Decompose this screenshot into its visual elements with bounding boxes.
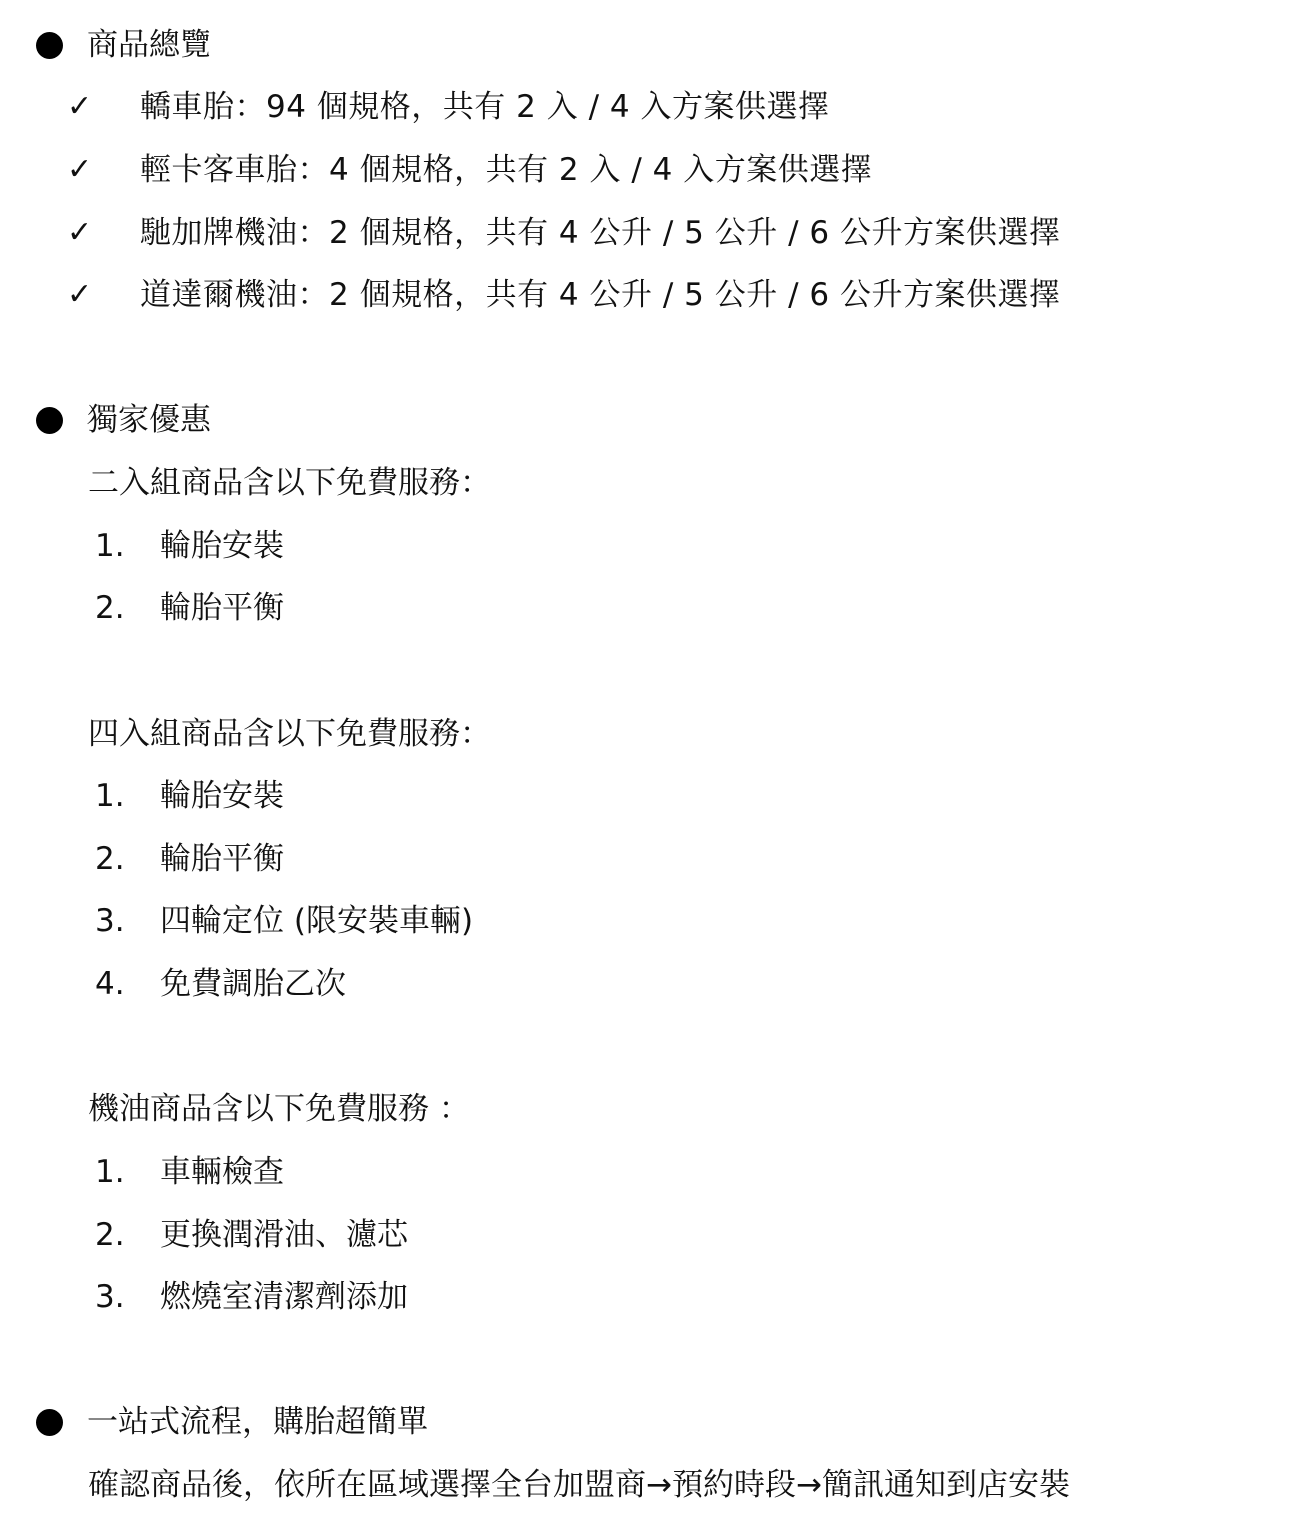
item-number: 4.	[95, 953, 125, 1015]
check-icon: ✓	[67, 76, 92, 138]
item-number: 3.	[95, 1266, 125, 1328]
section-title: 商品總覽	[87, 14, 211, 76]
item-text: 車輛檢查	[160, 1141, 284, 1203]
bullet-icon	[36, 407, 63, 434]
item-number: 2.	[95, 828, 125, 890]
item-text: 免費調胎乙次	[160, 953, 346, 1015]
item-text: 輪胎安裝	[160, 515, 284, 577]
item-text: 輪胎平衡	[160, 828, 284, 890]
item-text: 輪胎安裝	[160, 765, 284, 827]
group-heading-text: 機油商品含以下免費服務 ：	[88, 1078, 470, 1140]
item-number: 1.	[95, 1141, 125, 1203]
item-text: 四輪定位 (限安裝車輛)	[160, 890, 473, 952]
group-heading-text: 二入組商品含以下免費服務：	[88, 452, 491, 514]
check-icon: ✓	[67, 202, 92, 264]
list-item-text: 道達爾機油：2 個規格，共有 4 公升 / 5 公升 / 6 公升方案供選擇	[140, 264, 1060, 326]
item-text: 更換潤滑油、濾芯	[160, 1204, 408, 1266]
item-number: 2.	[95, 1204, 125, 1266]
section-title: 一站式流程，購胎超簡單	[87, 1391, 428, 1453]
process-text: 確認商品後，依所在區域選擇全台加盟商→預約時段→簡訊通知到店安裝	[88, 1454, 1070, 1516]
item-number: 2.	[95, 577, 125, 639]
item-number: 1.	[95, 765, 125, 827]
check-icon: ✓	[67, 264, 92, 326]
item-number: 3.	[95, 890, 125, 952]
bullet-icon	[36, 1409, 63, 1436]
list-item-text: 輕卡客車胎：4 個規格，共有 2 入 / 4 入方案供選擇	[140, 139, 872, 201]
bullet-icon	[36, 32, 63, 59]
list-item-text: 轎車胎：94 個規格，共有 2 入 / 4 入方案供選擇	[140, 76, 829, 138]
item-text: 輪胎平衡	[160, 577, 284, 639]
item-number: 1.	[95, 515, 125, 577]
item-text: 燃燒室清潔劑添加	[160, 1266, 408, 1328]
section-title: 獨家優惠	[87, 389, 211, 451]
check-icon: ✓	[67, 139, 92, 201]
list-item-text: 馳加牌機油：2 個規格，共有 4 公升 / 5 公升 / 6 公升方案供選擇	[140, 202, 1060, 264]
group-heading-text: 四入組商品含以下免費服務：	[88, 703, 491, 765]
